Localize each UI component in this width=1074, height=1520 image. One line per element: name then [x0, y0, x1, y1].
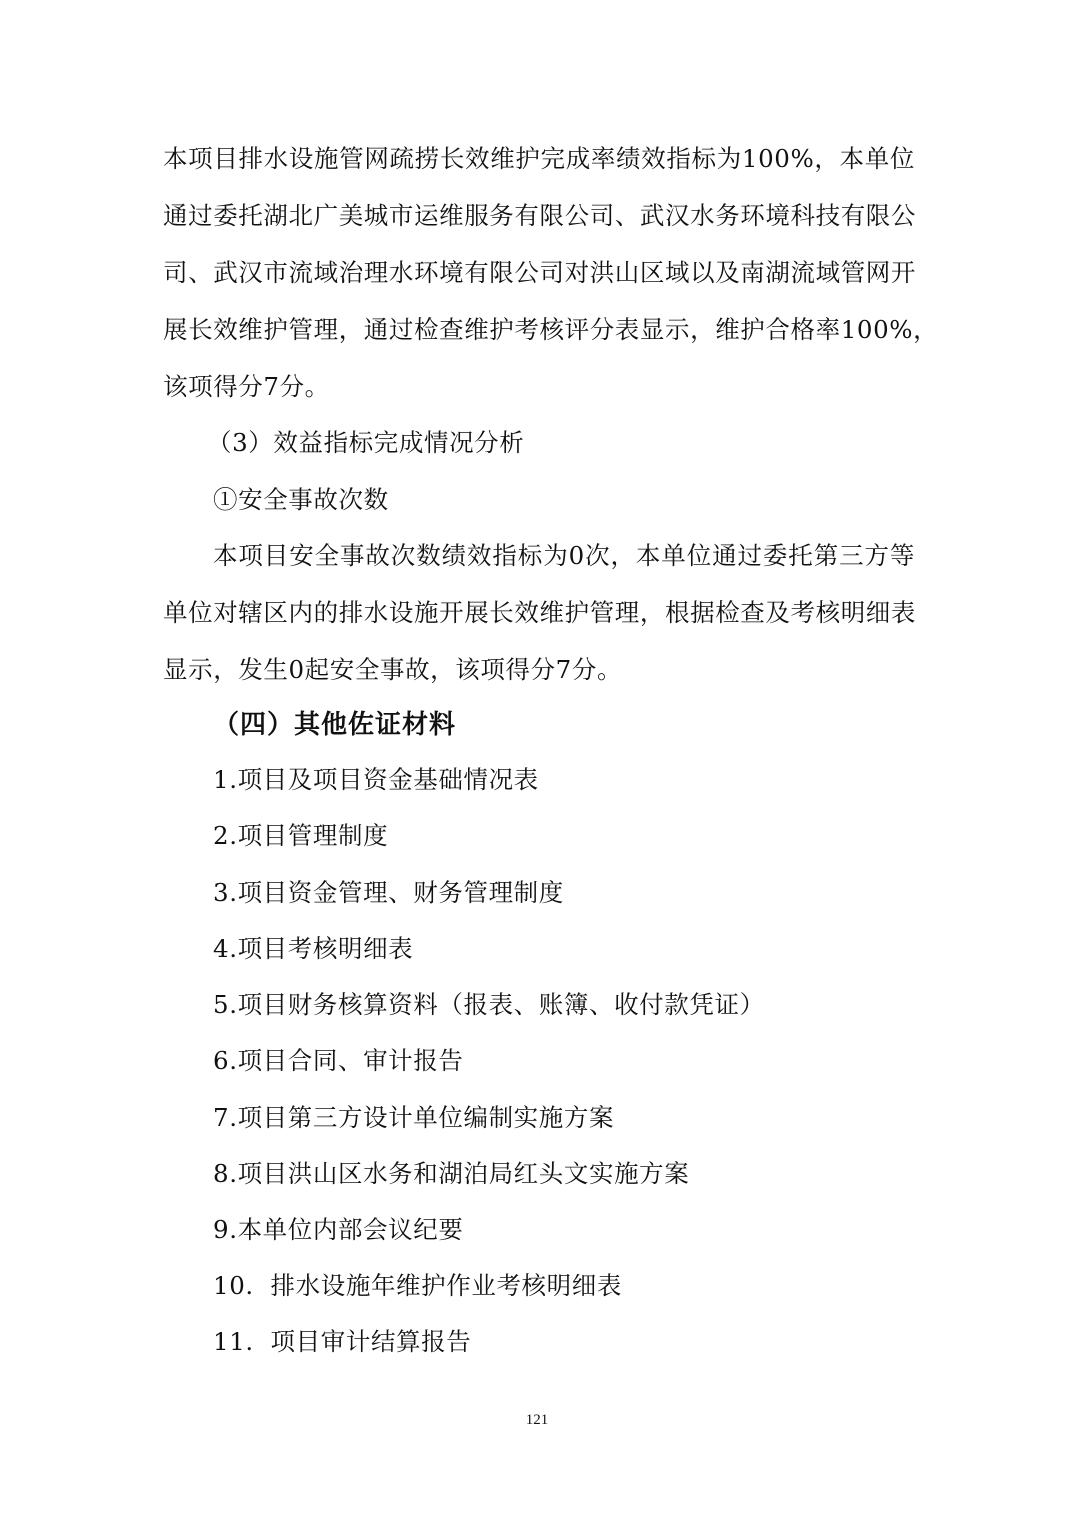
list-item: 9.本单位内部会议纪要 [213, 1215, 463, 1245]
paragraph-line: 展长效维护管理，通过检查维护考核评分表显示，维护合格率100%， [163, 315, 915, 345]
item-title: ①安全事故次数 [213, 485, 915, 515]
list-item: 6.项目合同、审计报告 [213, 1046, 463, 1076]
list-item: 4.项目考核明细表 [213, 934, 413, 964]
paragraph-line: 单位对辖区内的排水设施开展长效维护管理，根据检查及考核明细表 [163, 598, 915, 628]
subsection-title: （3）效益指标完成情况分析 [207, 428, 909, 458]
paragraph-line: 该项得分7分。 [163, 372, 915, 402]
paragraph-line: 显示，发生0起安全事故，该项得分7分。 [163, 655, 915, 685]
paragraph-line: 本项目安全事故次数绩效指标为0次，本单位通过委托第三方等 [213, 541, 915, 571]
paragraph-line: 司、武汉市流域治理水环境有限公司对洪山区域以及南湖流域管网开 [163, 258, 915, 288]
list-item: 5.项目财务核算资料（报表、账簿、收付款凭证） [213, 990, 765, 1020]
page-number: 121 [0, 1412, 1074, 1429]
list-item: 7.项目第三方设计单位编制实施方案 [213, 1103, 614, 1133]
list-item: 8.项目洪山区水务和湖泊局红头文实施方案 [213, 1159, 689, 1189]
list-item: 1.项目及项目资金基础情况表 [213, 765, 539, 795]
paragraph-line: 通过委托湖北广美城市运维服务有限公司、武汉水务环境科技有限公 [163, 201, 915, 231]
list-item: 3.项目资金管理、财务管理制度 [213, 878, 564, 908]
paragraph-line: 本项目排水设施管网疏捞长效维护完成率绩效指标为100%，本单位 [163, 144, 915, 174]
section-heading: （四）其他佐证材料 [213, 709, 456, 741]
list-item: 11. 项目审计结算报告 [213, 1327, 471, 1357]
list-item: 10. 排水设施年维护作业考核明细表 [213, 1271, 622, 1301]
list-item: 2.项目管理制度 [213, 821, 388, 851]
